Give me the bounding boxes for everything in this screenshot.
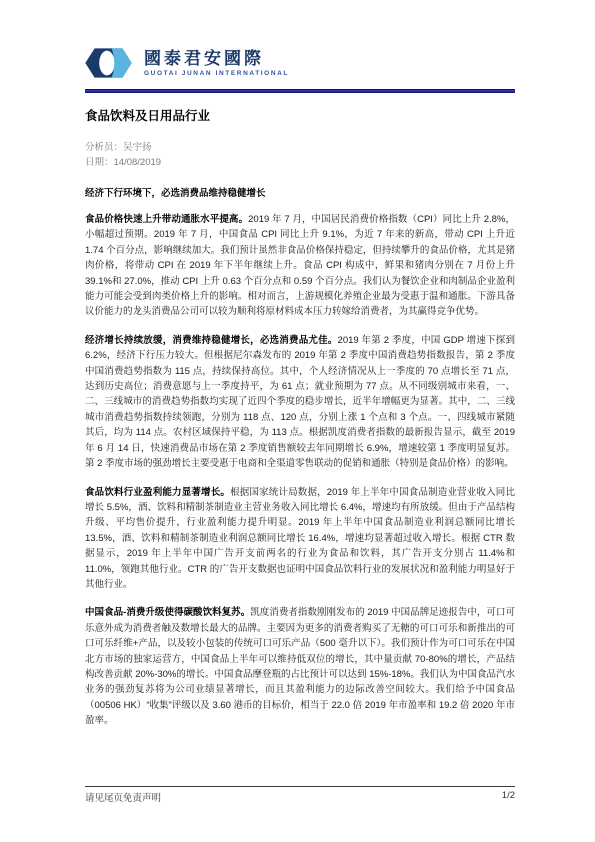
paragraph-consumption-trend: 经济增长持续放缓，消费维持稳健增长，必选消费品尤佳。2019 年第 2 季度，中… (85, 333, 515, 472)
paragraph-body: 根据国家统计局数据，2019 年上半年中国食品制造业营业收入同比增长 5.5%，… (85, 487, 515, 590)
paragraph-china-foods: 中国食品-消费升级使得碳酸饮料复苏。凯度消费者指数刚刚发布的 2019 中国品牌… (85, 605, 515, 728)
report-meta: 分析员：吴宇扬 日期：14/08/2019 (85, 140, 515, 170)
analyst-name: 吴宇扬 (123, 142, 152, 153)
paragraph-lead: 食品价格快速上升带动通胀水平提高。 (85, 214, 248, 225)
footer-page-number: 1/2 (502, 790, 515, 804)
paragraph-lead: 食品饮料行业盈利能力显著增长。 (85, 487, 230, 498)
guotai-junan-logo-icon (85, 46, 132, 80)
header-rule-divider (85, 89, 515, 93)
report-headline: 经济下行环境下，必选消费品维持稳健增长 (85, 185, 515, 199)
brand-name-en: GUOTAI JUNAN INTERNATIONAL (144, 70, 289, 77)
paragraph-inflation: 食品价格快速上升带动通胀水平提高。2019 年 7 月，中国居民消费价格指数（C… (85, 212, 515, 320)
brand-name-zh: 國泰君安國際 (144, 50, 289, 68)
analyst-row: 分析员：吴宇扬 (85, 140, 515, 155)
footer-disclaimer: 请见尾页免责声明 (85, 790, 161, 804)
analyst-label: 分析员： (85, 142, 123, 153)
paragraph-body: 凯度消费者指数刚刚发布的 2019 中国品牌足迹报告中，可口可乐意外成为消费者触… (85, 607, 515, 726)
date-label: 日期： (85, 157, 114, 168)
industry-title: 食品饮料及日用品行业 (85, 106, 515, 124)
paragraph-body: 2019 年 7 月，中国居民消费价格指数（CPI）同比上升 2.8%，小幅超过… (85, 214, 515, 317)
brand-text: 國泰君安國際 GUOTAI JUNAN INTERNATIONAL (144, 50, 289, 77)
date-row: 日期：14/08/2019 (85, 155, 515, 170)
page-footer: 请见尾页免责声明 1/2 (85, 786, 515, 804)
paragraph-lead: 经济增长持续放缓，消费维持稳健增长，必选消费品尤佳。 (85, 335, 338, 346)
date-value: 14/08/2019 (114, 157, 162, 168)
paragraph-industry-profitability: 食品饮料行业盈利能力显著增长。根据国家统计局数据，2019 年上半年中国食品制造… (85, 485, 515, 593)
paragraph-lead: 中国食品-消费升级使得碳酸饮料复苏。 (85, 607, 250, 618)
brand-header: 國泰君安國際 GUOTAI JUNAN INTERNATIONAL (85, 46, 515, 80)
paragraph-body: 2019 年第 2 季度，中国 GDP 增速下探到 6.2%，经济下行压力较大。… (85, 335, 515, 469)
report-page: 國泰君安國際 GUOTAI JUNAN INTERNATIONAL 食品饮料及日… (0, 0, 595, 842)
